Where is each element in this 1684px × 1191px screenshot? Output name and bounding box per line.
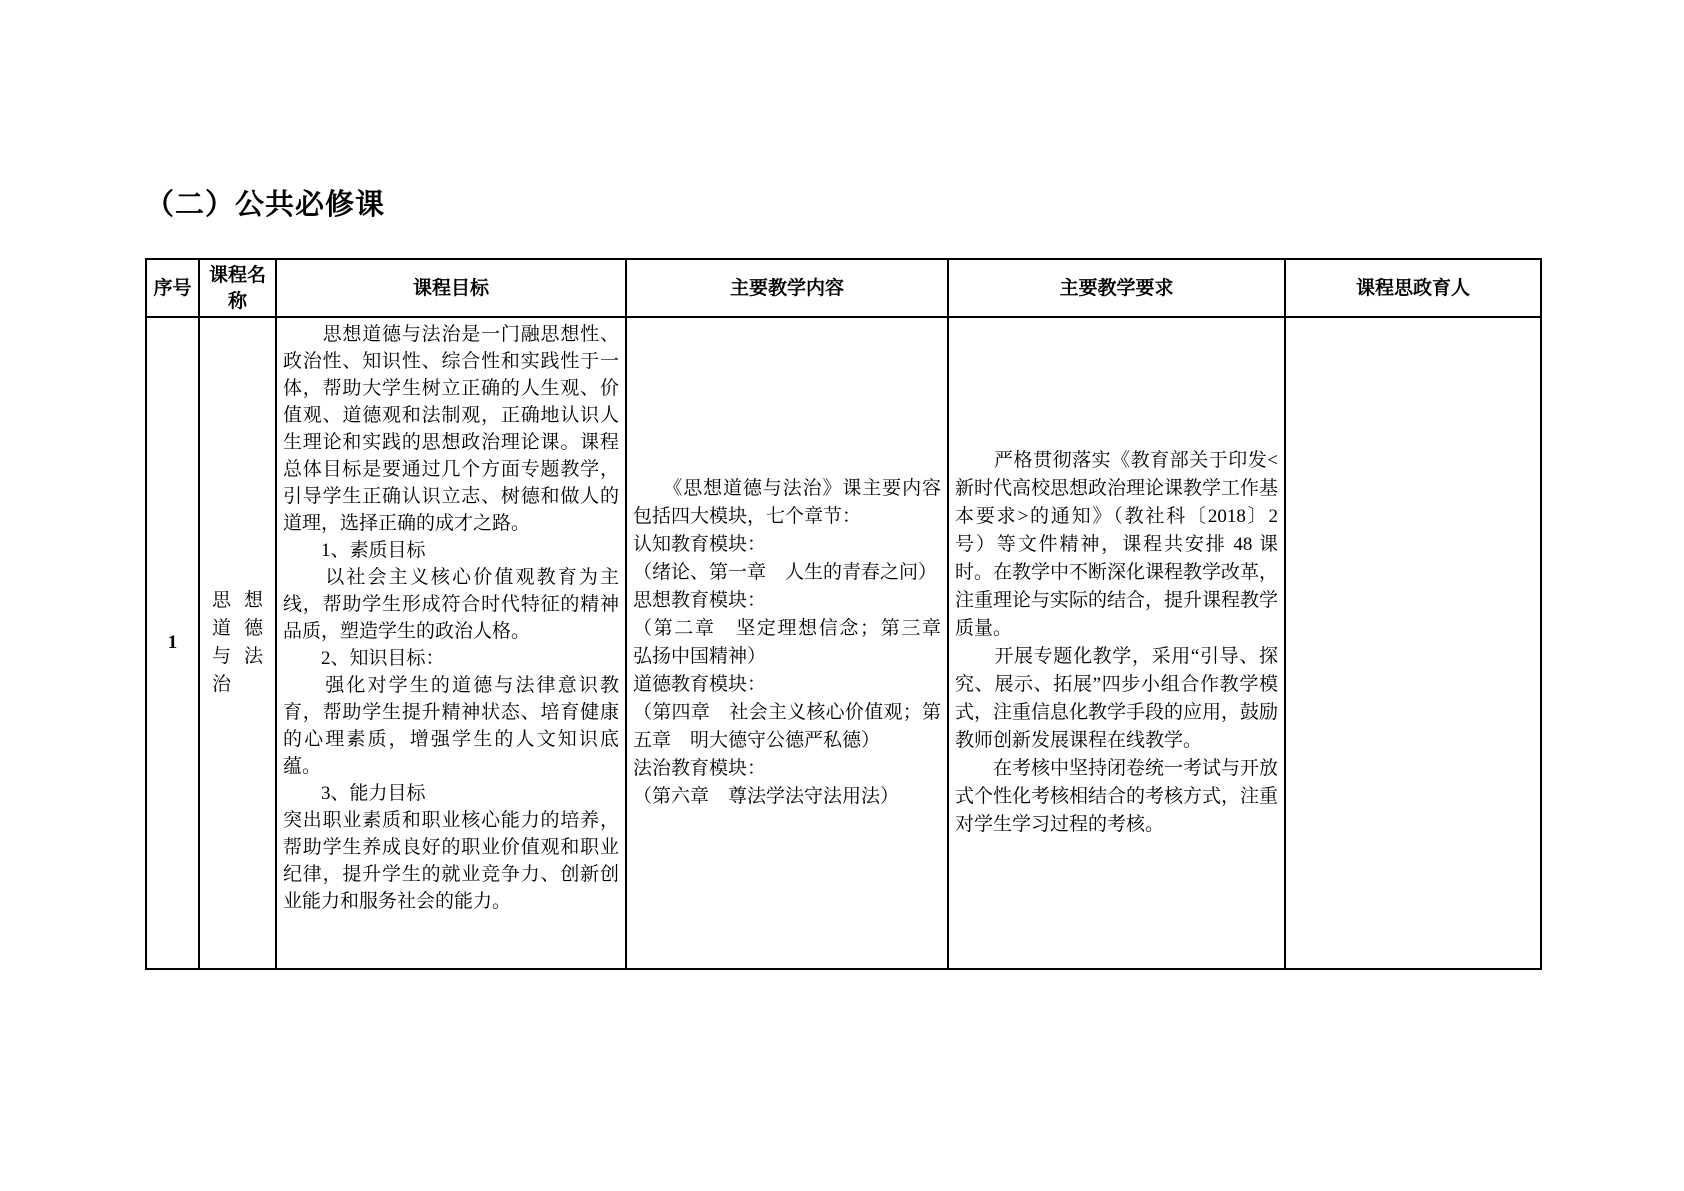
- cell-ideology-education: [1285, 317, 1541, 969]
- cell-course-name: 思想道德与法治: [199, 317, 276, 969]
- paragraph: 以社会主义核心价值观教育为主线，帮助学生形成符合时代特征的精神品质，塑造学生的政…: [283, 564, 619, 645]
- cell-course-objectives: 思想道德与法治是一门融思想性、政治性、知识性、综合性和实践性于一体，帮助大学生树…: [276, 317, 626, 969]
- header-cell-ideology: 课程思政育人: [1285, 259, 1541, 317]
- paragraph: （第四章 社会主义核心价值观；第五章 明大德守公德严私德）: [633, 699, 941, 755]
- paragraph: 2、知识目标：: [283, 645, 619, 672]
- paragraph: （第六章 尊法学法守法用法）: [633, 783, 941, 811]
- paragraph: 认知教育模块：: [633, 531, 941, 559]
- paragraph: 法治教育模块：: [633, 755, 941, 783]
- paragraph: 道德教育模块：: [633, 671, 941, 699]
- paragraph: 突出职业素质和职业核心能力的培养，帮助学生养成良好的职业价值观和职业纪律，提升学…: [283, 807, 619, 915]
- paragraph: 严格贯彻落实《教育部关于印发<新时代高校思想政治理论课教学工作基本要求>的通知》…: [955, 447, 1278, 643]
- paragraph: 强化对学生的道德与法律意识教育，帮助学生提升精神状态、培育健康的心理素质，增强学…: [283, 672, 619, 780]
- table-header-row: 序号 课程名称 课程目标 主要教学内容 主要教学要求 课程思政育人: [146, 259, 1541, 317]
- header-cell-objectives: 课程目标: [276, 259, 626, 317]
- header-cell-requirements: 主要教学要求: [948, 259, 1285, 317]
- header-cell-content: 主要教学内容: [626, 259, 948, 317]
- header-cell-number: 序号: [146, 259, 199, 317]
- paragraph: 思想教育模块：: [633, 587, 941, 615]
- table-row: 1 思想道德与法治 思想道德与法治是一门融思想性、政治性、知识性、综合性和实践性…: [146, 317, 1541, 969]
- course-table: 序号 课程名称 课程目标 主要教学内容 主要教学要求 课程思政育人 1 思想道德…: [145, 258, 1542, 970]
- paragraph: 《思想道德与法治》课主要内容包括四大模块，七个章节：: [633, 475, 941, 531]
- paragraph: 开展专题化教学，采用“引导、探究、展示、拓展”四步小组合作教学模式，注重信息化教…: [955, 643, 1278, 755]
- paragraph: （绪论、第一章 人生的青春之问）: [633, 559, 941, 587]
- cell-row-number: 1: [146, 317, 199, 969]
- cell-teaching-requirements: 严格贯彻落实《教育部关于印发<新时代高校思想政治理论课教学工作基本要求>的通知》…: [948, 317, 1285, 969]
- paragraph: 1、素质目标: [283, 537, 619, 564]
- cell-teaching-content: 《思想道德与法治》课主要内容包括四大模块，七个章节：认知教育模块：（绪论、第一章…: [626, 317, 948, 969]
- header-cell-course-name: 课程名称: [199, 259, 276, 317]
- paragraph: 在考核中坚持闭卷统一考试与开放式个性化考核相结合的考核方式，注重对学生学习过程的…: [955, 755, 1278, 839]
- document-page: （二）公共必修课 序号 课程名称 课程目标 主要教学内容 主要教学要求 课程思政…: [0, 0, 1684, 1191]
- paragraph: （第二章 坚定理想信念；第三章 弘扬中国精神）: [633, 615, 941, 671]
- paragraph: 思想道德与法治是一门融思想性、政治性、知识性、综合性和实践性于一体，帮助大学生树…: [283, 321, 619, 537]
- page-title: （二）公共必修课: [145, 182, 385, 223]
- paragraph: 3、能力目标: [283, 780, 619, 807]
